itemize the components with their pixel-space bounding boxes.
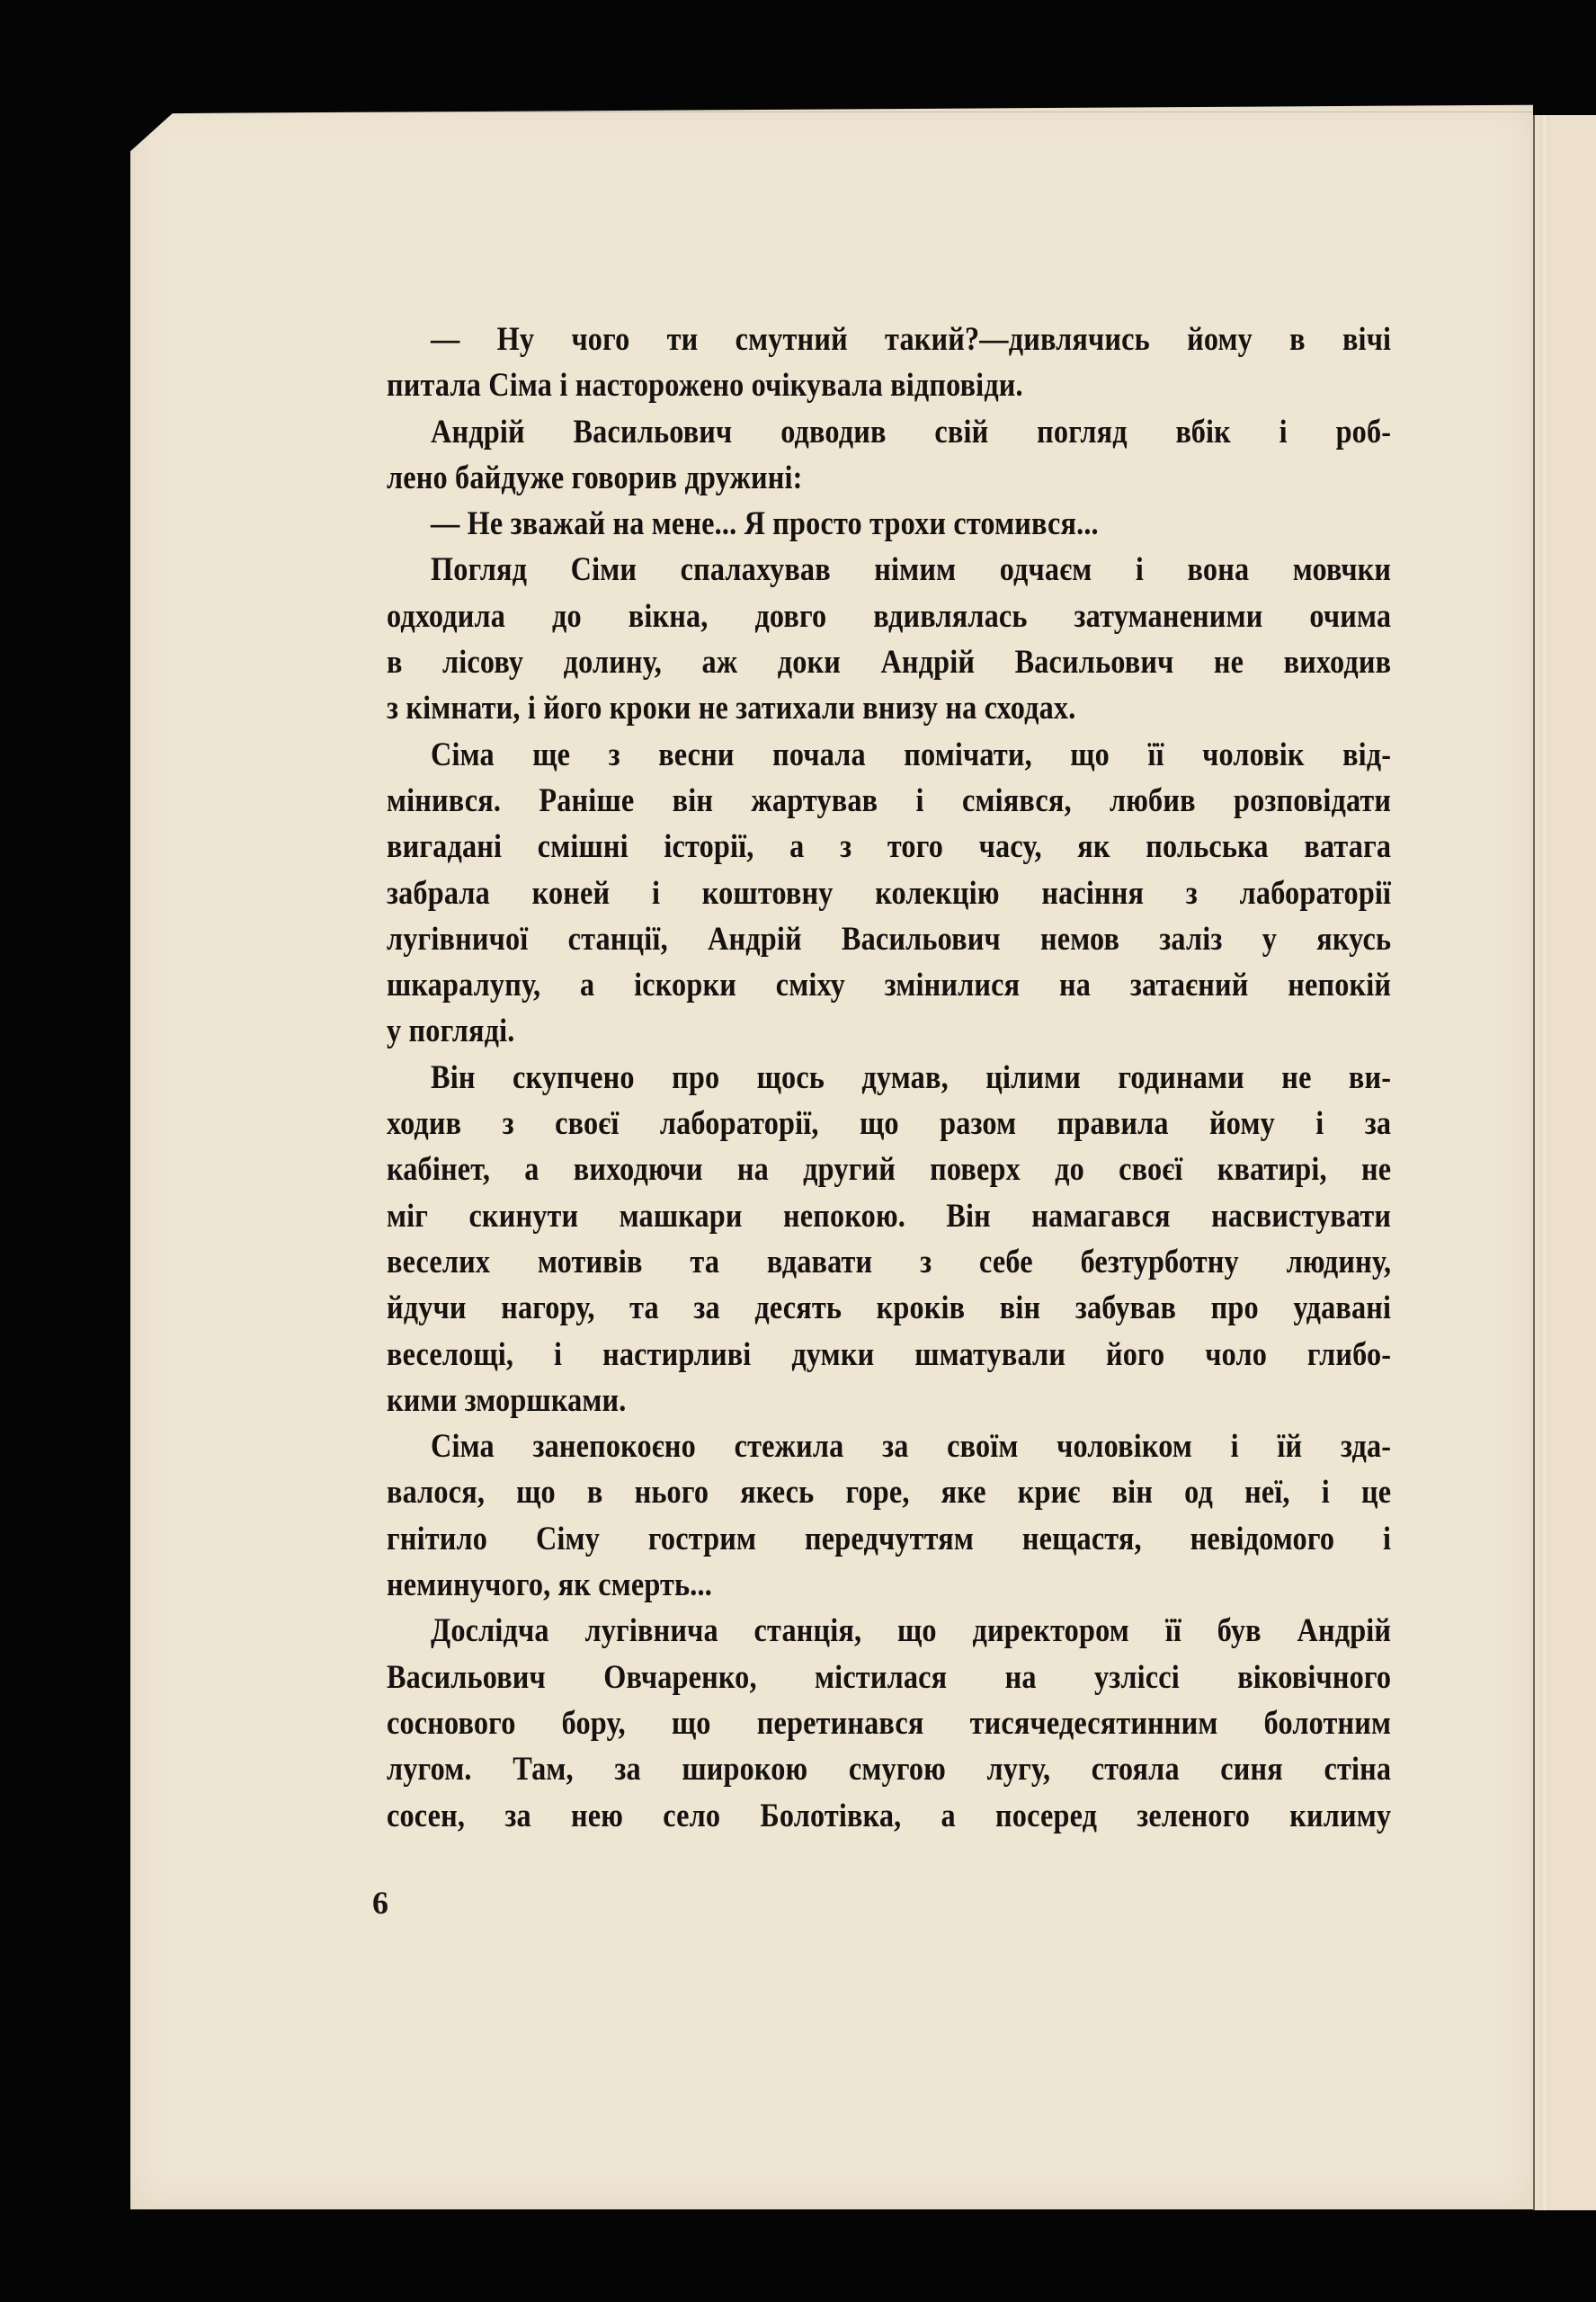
text-line: гнітило Сіму гострим передчуттям нещастя… bbox=[387, 1516, 1391, 1562]
paper-crease bbox=[175, 112, 1533, 112]
text-line: кабінет, а виходючи на другий поверх до … bbox=[387, 1147, 1391, 1192]
text-line: валося, що в нього якесь горе, яке криє … bbox=[387, 1469, 1391, 1515]
text-line: кими зморшками. bbox=[387, 1378, 1391, 1423]
text-line: у погляді. bbox=[387, 1008, 1391, 1054]
text-line: соснового бору, що перетинався тисячедес… bbox=[387, 1700, 1391, 1746]
text-line: — Не зважай на мене... Я просто трохи ст… bbox=[387, 501, 1391, 547]
body-text: — Ну чого ти смутний такий?—дивлячись йо… bbox=[387, 317, 1391, 1839]
text-line: Погляд Сіми спалахував німим одчаєм і во… bbox=[387, 547, 1391, 593]
text-line: питала Сіма і настороженo очікувала відп… bbox=[387, 362, 1391, 408]
text-line: Дослідча лугівнича станція, що директоро… bbox=[387, 1608, 1391, 1654]
text-line: Андрій Васильович одводив свій погляд вб… bbox=[387, 409, 1391, 455]
facing-page-edge bbox=[1533, 115, 1596, 2210]
text-line: веселощі, і настирливі думки шматували й… bbox=[387, 1332, 1391, 1378]
text-line: веселих мотивів та вдавати з себе безтур… bbox=[387, 1239, 1391, 1285]
text-line: в лісову долину, аж доки Андрій Васильов… bbox=[387, 639, 1391, 685]
text-line: одходила до вікна, довго вдивлялась зату… bbox=[387, 593, 1391, 639]
text-line: шкаралупу, а іскорки сміху змінилися на … bbox=[387, 962, 1391, 1008]
text-line: з кімнати, і його кроки не затихали вниз… bbox=[387, 685, 1391, 731]
text-line: забрала коней і коштовну колекцію насінн… bbox=[387, 870, 1391, 916]
text-line: ходив з своєї лабораторії, що разом прав… bbox=[387, 1101, 1391, 1147]
text-line: Сіма занепокоєно стежила за своїм чолові… bbox=[387, 1423, 1391, 1469]
text-line: йдучи нагору, та за десять кроків він за… bbox=[387, 1285, 1391, 1331]
text-line: вигадані смішні історії, а з того часу, … bbox=[387, 824, 1391, 870]
text-line: міг скинути машкари непокою. Він намагав… bbox=[387, 1193, 1391, 1239]
text-line: лено байдуже говорив дружині: bbox=[387, 455, 1391, 501]
text-line: Сіма ще з весни почала помічати, що її ч… bbox=[387, 732, 1391, 778]
text-line: Він скупчено про щось думав, цілими годи… bbox=[387, 1055, 1391, 1101]
text-line: мінився. Раніше він жартував і сміявся, … bbox=[387, 778, 1391, 824]
text-line: сосен, за нею село Болотівка, а посеред … bbox=[387, 1793, 1391, 1839]
text-line: Васильович Овчаренко, містилася на узліс… bbox=[387, 1655, 1391, 1700]
text-line: — Ну чого ти смутний такий?—дивлячись йо… bbox=[387, 317, 1391, 362]
text-line: лугівничої станції, Андрій Васильович не… bbox=[387, 916, 1391, 962]
page-number: 6 bbox=[372, 1884, 388, 1922]
binding-gutter bbox=[1540, 115, 1549, 2210]
text-line: лугом. Там, за широкою смугою лугу, стоя… bbox=[387, 1746, 1391, 1792]
text-line: неминучого, як смерть... bbox=[387, 1562, 1391, 1608]
